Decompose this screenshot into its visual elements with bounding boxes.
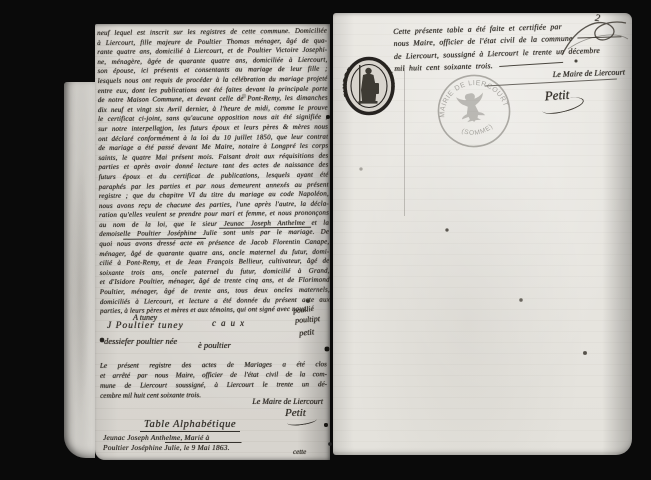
mayor-signature-right: Petit [544,86,585,114]
signature-mother: dessiefer poultier née [104,336,177,346]
svg-text:(SOMME): (SOMME) [459,122,495,139]
fold-crease [404,68,405,216]
imperial-eagle-icon [456,91,488,124]
mayor-title-left: Le Maire de Liercourt [205,397,323,406]
catchword: cette [293,448,306,456]
page-stack-edge [64,82,95,458]
mairie-bottom-text: (SOMME) [459,122,495,139]
timbre-imperial-stamp: TIMBRE IMPÉRIAL [342,56,396,116]
marriage-act-text: neuf lequel est inscrit sur les registre… [97,27,330,317]
table-alphabetique-heading: Table Alphabétique [140,419,240,432]
signature-mayor-small: petit [299,326,315,338]
table-entry: Jeunac Joseph Anthelme, Marié à [103,433,328,443]
mairie-stamp: MAIRIE DE LIERCOURT (SOMME) [427,64,522,157]
closing-statement: Le présent registre des actes de Mariage… [100,359,327,401]
closing-line: mune de Liercourt soussigné, à Liercourt… [100,379,327,391]
signature-witness-1: caux [212,318,249,328]
ink-specks [0,0,2,2]
scanned-register-spread: neuf lequel est inscrit sur les registre… [0,0,651,480]
left-page: neuf lequel est inscrit sur les registre… [95,24,330,460]
paraph-flourish-icon [558,15,630,61]
signature-witness-3: poultipt [295,314,320,325]
mayor-signature-left: Petit [285,407,317,425]
signature-bride: J Poultier tuney [107,321,184,331]
signature-father: è poultier [198,340,231,350]
right-page: Cette présente table a été faite et cert… [333,13,632,455]
